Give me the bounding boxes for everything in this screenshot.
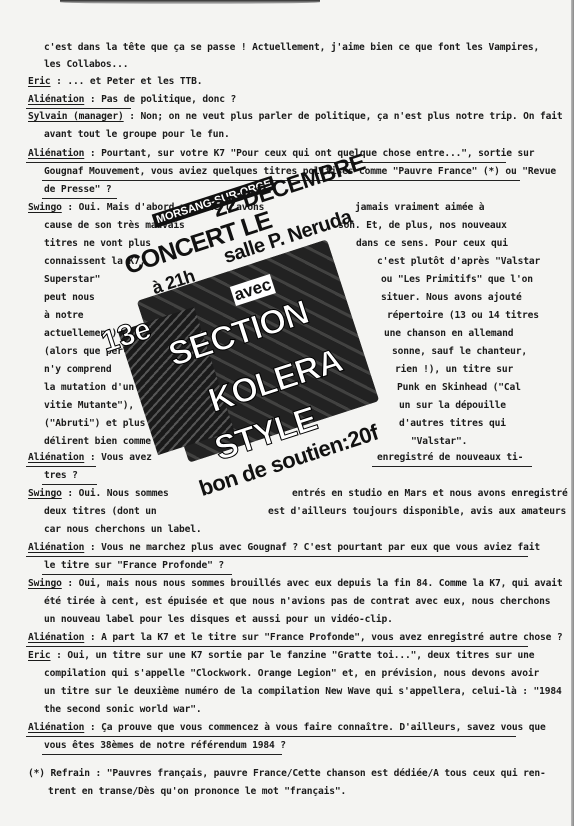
right-column-line: Punk en Skinhead ("Cal <box>397 382 521 394</box>
line-text: : Ça prouve que vous commencez à vous fa… <box>84 722 545 733</box>
concert-poster: MORSANG-SUR-ORGE 22 DECEMBRE CONCERT LE … <box>96 186 406 486</box>
right-column-line: d'autres titres qui <box>399 418 506 430</box>
line-text: été tirée à cent, est épuisée et que nou… <box>44 596 550 607</box>
line-text: tres ? <box>44 470 78 481</box>
underline-rule <box>26 108 131 109</box>
text-line: un titre sur le deuxième numéro de la co… <box>44 686 562 698</box>
speaker-name: Swingo <box>28 488 62 499</box>
line-text: : ... et Peter et les TTB. <box>51 76 203 87</box>
text-line: the second sonic world war". <box>44 704 202 716</box>
line-text: compilation qui s'appelle "Clockwork. Or… <box>44 668 539 679</box>
speaker-name: Eric <box>28 76 51 87</box>
speaker-name: Aliénation <box>28 94 84 105</box>
line-text: à notre <box>44 310 83 321</box>
line-text: : Oui. Nous sommes <box>62 488 169 499</box>
text-line: deux titres (dont un <box>44 506 157 518</box>
line-text: car nous cherchons un label. <box>44 524 202 535</box>
speaker-name: Aliénation <box>28 148 84 159</box>
underline-rule <box>26 736 516 737</box>
underline-rule <box>26 646 528 647</box>
right-column-line: répertoire (13 ou 14 titres <box>387 310 539 322</box>
underline-rule <box>26 556 528 557</box>
speaker-name: Aliénation <box>28 452 84 463</box>
line-text: un titre sur le deuxième numéro de la co… <box>44 686 562 697</box>
speaker-name: Sylvain (manager) <box>28 111 124 122</box>
line-text: : Vous ne marchez plus avec Gougnaf ? C'… <box>84 542 540 553</box>
text-line: Eric : Oui, un titre sur une K7 sortie p… <box>28 650 534 662</box>
text-line: Aliénation : Vous ne marchez plus avec G… <box>28 542 540 554</box>
right-column-line: sonne, sauf le chanteur, <box>392 346 527 358</box>
text-line: vous êtes 38èmes de notre référendum 198… <box>44 740 286 752</box>
line-text: : Pourtant, sur votre K7 "Pour ceux qui … <box>84 148 534 159</box>
scan-shadow <box>60 0 320 4</box>
text-line: avant tout le groupe pour le fun. <box>44 129 230 141</box>
text-line: été tirée à cent, est épuisée et que nou… <box>44 596 550 608</box>
text-line: car nous cherchons un label. <box>44 524 202 536</box>
text-line: Swingo : Oui. Nous sommes <box>28 488 169 500</box>
line-text: un nouveau label pour les disques et aus… <box>44 614 393 625</box>
line-text: deux titres (dont un <box>44 506 157 517</box>
text-line: Eric : ... et Peter et les TTB. <box>28 76 202 88</box>
right-column-line: un sur la dépouille <box>399 400 506 412</box>
underline-rule <box>42 754 282 755</box>
right-column-line: est d'ailleurs toujours disponible, avis… <box>268 506 574 518</box>
line-text: : A part la K7 et le titre sur "France P… <box>84 632 562 643</box>
footnote-line: (*) Refrain : "Pauvres français, pauvre … <box>28 768 546 780</box>
text-line: Superstar" <box>44 274 100 286</box>
speaker-name: Swingo <box>28 578 62 589</box>
text-line: compilation qui s'appelle "Clockwork. Or… <box>44 668 539 680</box>
text-line: Aliénation : Pas de politique, donc ? <box>28 94 236 106</box>
text-line: un nouveau label pour les disques et aus… <box>44 614 393 626</box>
line-text: : Oui, mais nous nous sommes brouillés a… <box>62 578 563 589</box>
footnote-line: trent en transe/Dès qu'on prononce le mo… <box>48 786 346 798</box>
line-text: avant tout le groupe pour le fun. <box>44 129 230 140</box>
text-line: Aliénation : A part la K7 et le titre su… <box>28 632 562 644</box>
text-line: les Collabos... <box>44 59 128 71</box>
text-line: le titre sur "France Profonde" ? <box>44 560 224 572</box>
line-text: Superstar" <box>44 274 100 285</box>
underline-rule <box>26 466 96 467</box>
line-text: : Oui, un titre sur une K7 sortie par le… <box>51 650 535 661</box>
right-column-line: entrés en studio en Mars et nous avons e… <box>292 488 568 500</box>
underline-rule <box>42 574 232 575</box>
right-column-line: rien !), un titre sur <box>395 364 513 376</box>
line-text: c'est dans la tête que ça se passe ! Act… <box>44 42 539 53</box>
speaker-name: Eric <box>28 650 51 661</box>
text-line: Sylvain (manager) : Non; on ne veut plus… <box>28 111 562 123</box>
line-text: : Non; on ne veut plus parler de politiq… <box>124 111 563 122</box>
speaker-name: Swingo <box>28 202 62 213</box>
line-text: vous êtes 38èmes de notre référendum 198… <box>44 740 286 751</box>
line-text: the second sonic world war". <box>44 704 202 715</box>
text-line: tres ? <box>44 470 78 482</box>
line-text: les Collabos... <box>44 59 128 70</box>
text-line: Aliénation : Pourtant, sur votre K7 "Pou… <box>28 148 534 160</box>
speaker-name: Aliénation <box>28 542 84 553</box>
text-line: peut nous <box>44 292 95 304</box>
text-line: c'est dans la tête que ça se passe ! Act… <box>44 42 539 54</box>
line-text: le titre sur "France Profonde" ? <box>44 560 224 571</box>
line-text: peut nous <box>44 292 95 303</box>
text-line: Swingo : Oui, mais nous nous sommes brou… <box>28 578 562 590</box>
speaker-name: Aliénation <box>28 722 84 733</box>
speaker-name: Aliénation <box>28 632 84 643</box>
underline-rule <box>42 484 97 485</box>
text-line: à notre <box>44 310 83 322</box>
line-text: : Pas de politique, donc ? <box>84 94 236 105</box>
right-column-line: "Valstar". <box>411 436 467 448</box>
text-line: Aliénation : Ça prouve que vous commence… <box>28 722 546 734</box>
underline-rule <box>26 162 506 163</box>
